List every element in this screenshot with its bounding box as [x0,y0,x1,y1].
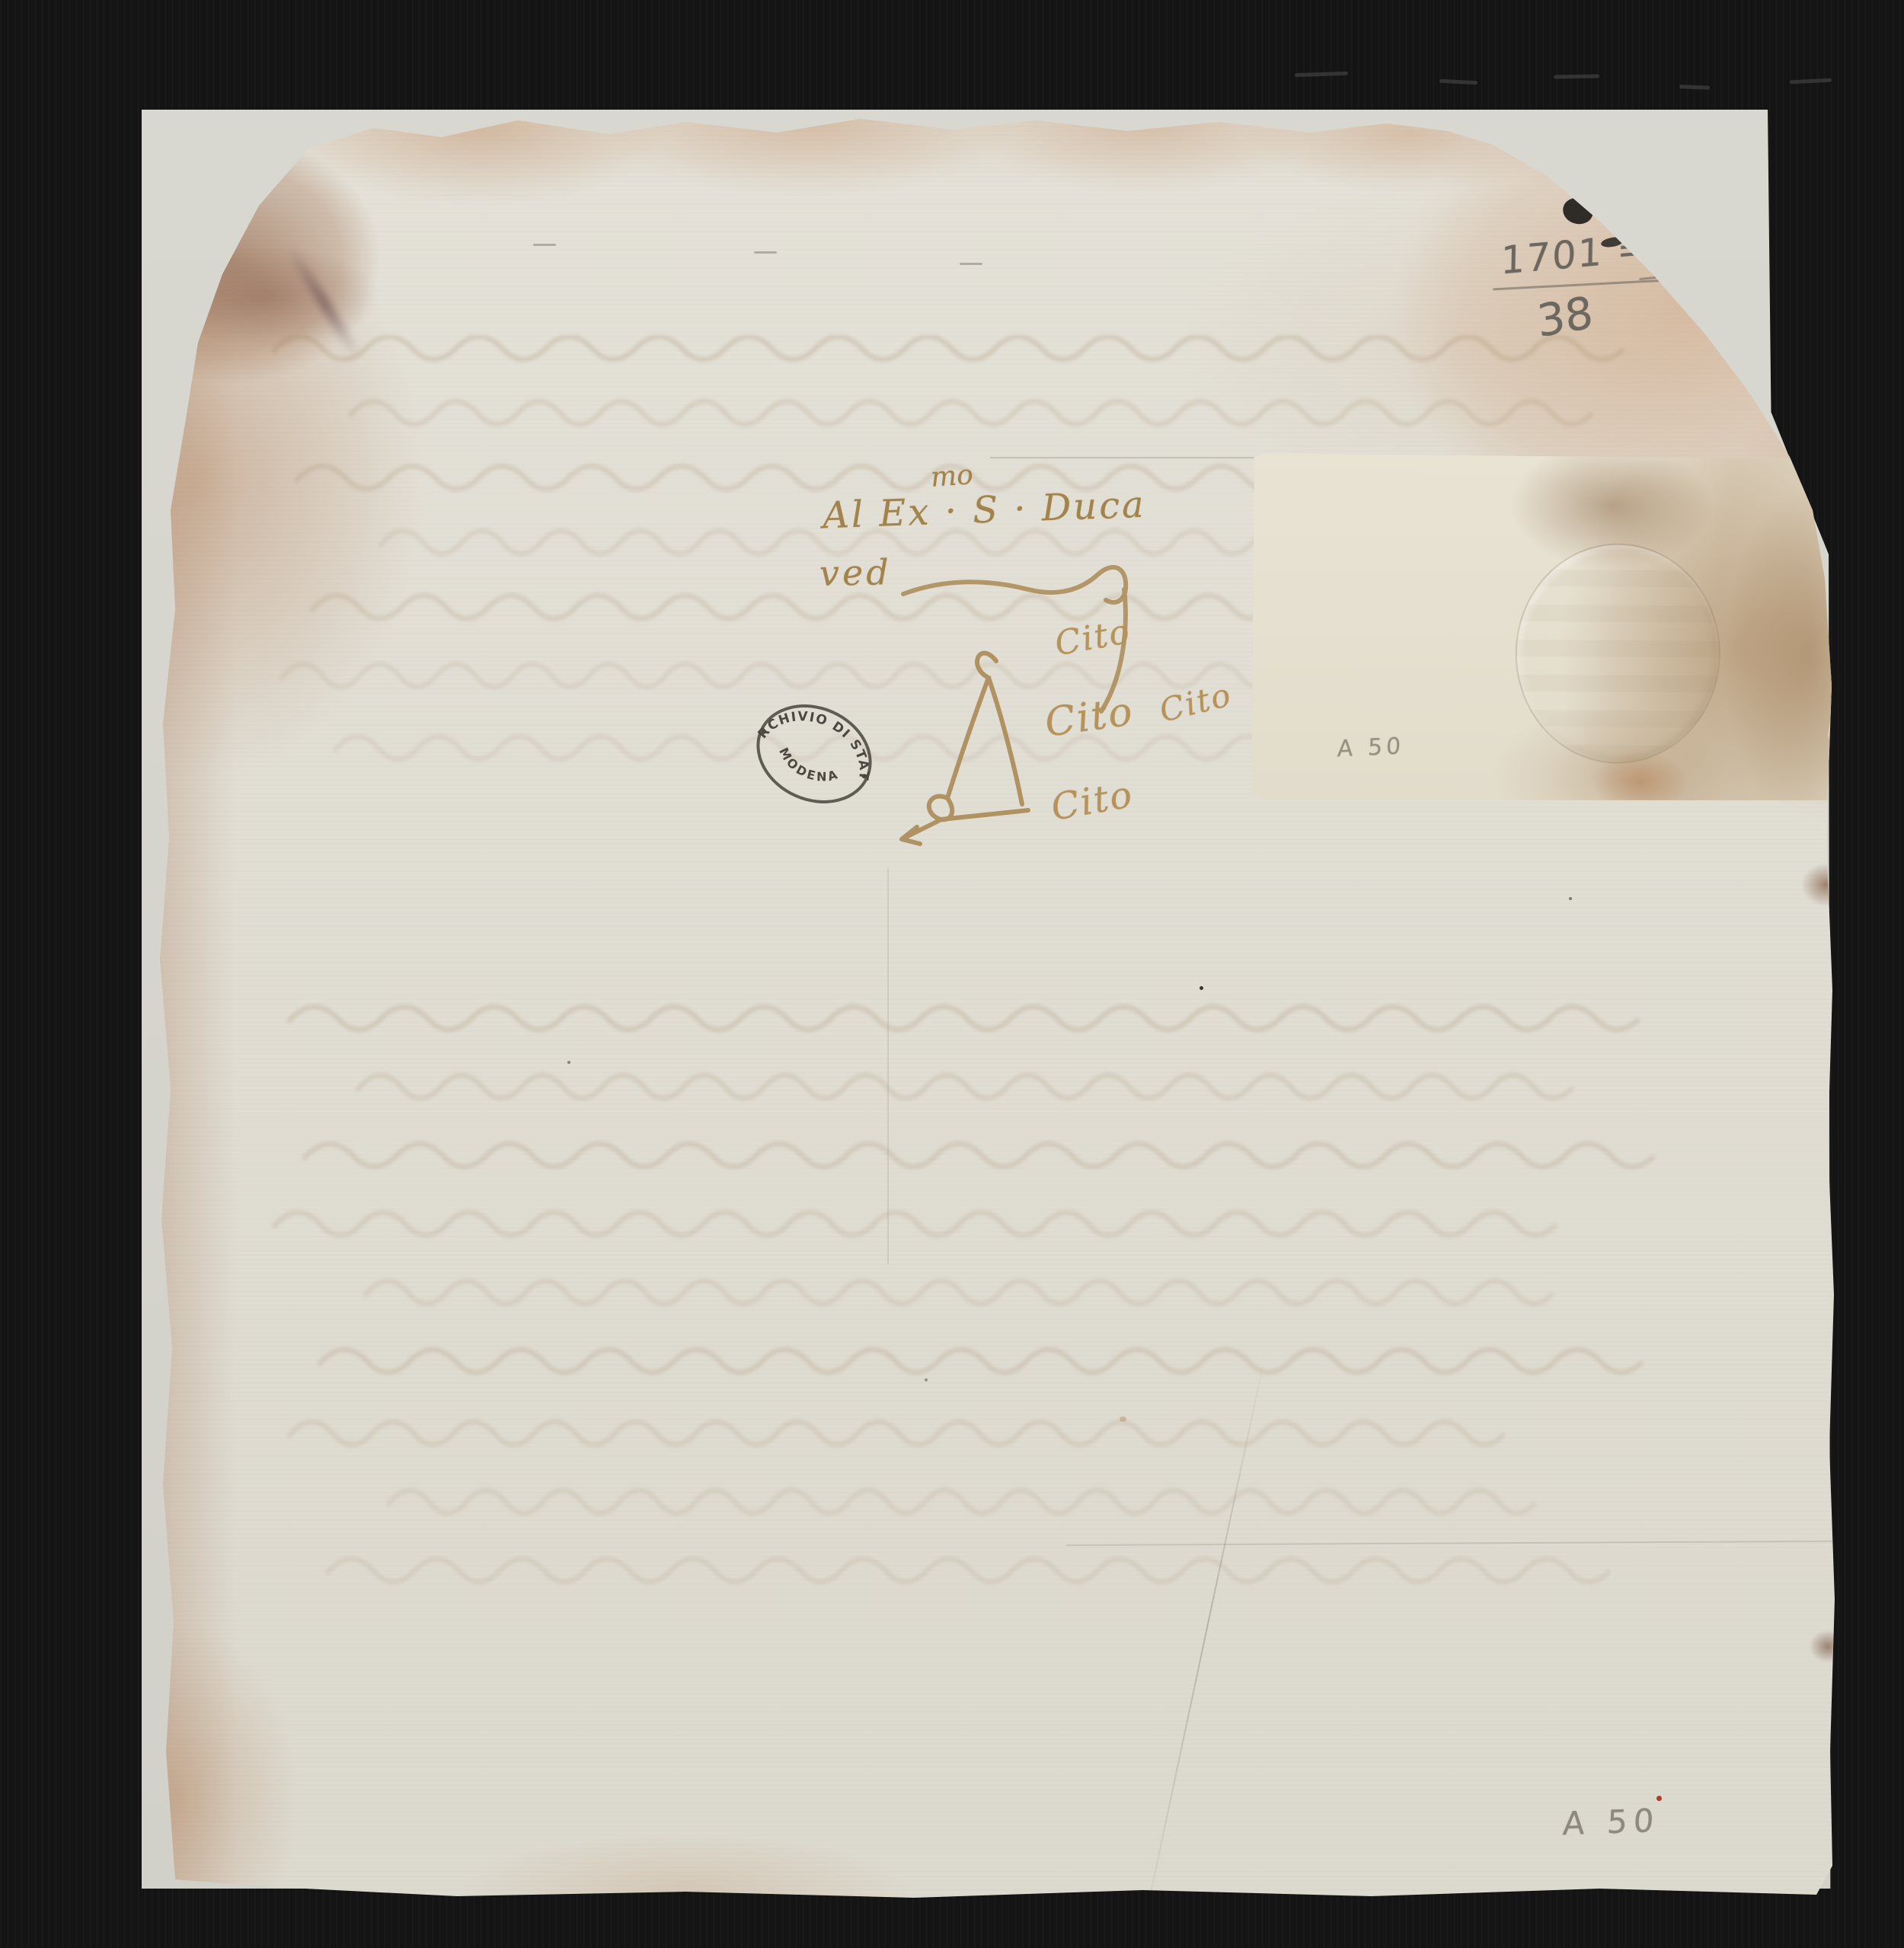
inscription-line1-start: Al Ex [822,490,931,537]
mount-texture-mark [1790,78,1832,85]
letter-verso-sheet: 1701 = III 38 mo Al Ex · S · Duca ved Ci… [152,114,1835,1900]
paper-speck [925,1378,928,1381]
inscription-superscript: mo [930,459,975,493]
seal-patch: A 50 [1251,453,1840,803]
pencil-dash [533,244,556,246]
paper-speck [1120,1416,1126,1422]
paper-speck [567,1061,570,1064]
mount-texture-mark [1295,72,1348,77]
mount-texture-mark [1439,79,1478,85]
shelfmark-pencil: A 50 [1562,1802,1661,1843]
red-ink-dot [1656,1796,1662,1801]
pencil-dash [754,251,777,254]
pencil-dash [960,263,982,265]
archival-number-pencil: 38 [1535,286,1596,348]
photograph-of-archival-letter: 1701 = III 38 mo Al Ex · S · Duca ved Ci… [0,0,1904,1948]
seal-impression [1515,543,1721,765]
crease-line [887,868,889,1264]
patch-shelfmark-pencil: A 50 [1337,733,1405,762]
paper-speck [1200,986,1203,990]
paper-speck [1569,897,1572,900]
mount-texture-mark [1679,85,1710,89]
inscription-line2: ved [819,551,893,594]
inscription-line1-end: · S · Duca [944,484,1147,533]
mount-texture-mark [1554,74,1599,78]
